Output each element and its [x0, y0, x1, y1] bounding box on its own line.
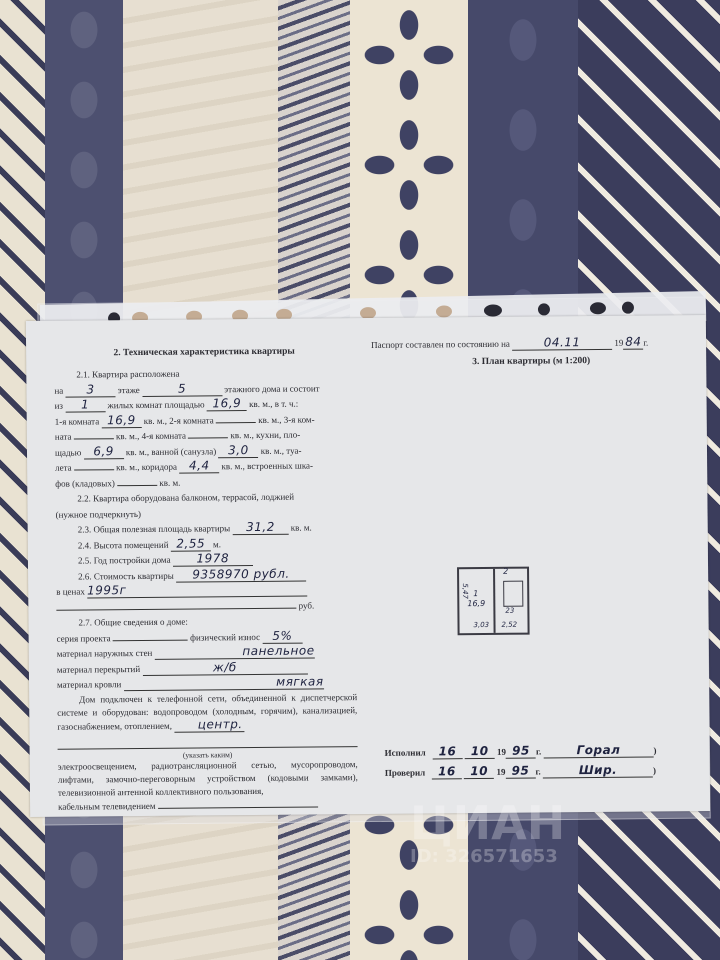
plan-bathroom [503, 581, 523, 607]
blank-line [56, 607, 296, 610]
label: кв. м., в т. ч.: [249, 399, 298, 409]
label: 19 [496, 767, 505, 777]
right-column: Паспорт составлен по состоянию на 04.11 … [371, 335, 691, 376]
signatures: Исполнил 16 10 1995г. Горал) Проверил 16… [385, 740, 657, 782]
build-year-value: 1978 [173, 552, 253, 567]
label: фов (кладовых) [55, 478, 115, 489]
passport-date-line: Паспорт составлен по состоянию на 04.11 … [371, 335, 691, 353]
cable-value [158, 806, 318, 808]
s2-7-connections: Дом подключен к телефонной сети, объедин… [57, 691, 357, 734]
label: щадью [55, 447, 81, 457]
floors-total-value: 5 [142, 382, 222, 397]
floor-value: 3 [65, 383, 115, 397]
label: 19 [614, 338, 623, 348]
label: г. [643, 338, 648, 348]
label: этаже [118, 384, 140, 394]
room3-value [74, 438, 114, 439]
height-value: 2,55 [171, 537, 211, 551]
passport-year-value: 84 [623, 336, 643, 350]
label: материал наружных стен [57, 648, 153, 659]
watermark-brand: ЦИАН [410, 800, 565, 846]
plan-height: 5,47 [461, 583, 469, 599]
floor-plan: 1 16,9 5,47 2 23 3,03 2,52 [457, 567, 530, 636]
label: г. [536, 746, 541, 756]
label: кабельным телевидением [58, 800, 156, 811]
label: жилых комнат площадью [107, 399, 204, 410]
blank-line [57, 733, 357, 750]
s2-7-walls: материал наружных стен панельное [57, 644, 357, 662]
punch-hole [538, 303, 550, 315]
label: 1-я комната [55, 416, 100, 426]
technical-passport-page: 2. Техническая характеристика квартиры 2… [26, 315, 710, 817]
label: кв. м., 2-я комната [144, 415, 214, 426]
label: 2.4. Высота помещений [78, 539, 169, 550]
label: из [55, 401, 63, 411]
total-area-value: 31,2 [232, 521, 288, 535]
corridor-value: 4,4 [179, 459, 219, 473]
signature-day: 16 [432, 765, 462, 779]
label: кв. м., кухни, пло- [230, 430, 300, 441]
s2-1-line-room1: 1-я комната 16,9 кв. м., 2-я комната кв.… [55, 412, 355, 430]
s2-7-utilities: электроосвещением, радиотрансляционной с… [58, 758, 358, 800]
label: материал перекрытий [57, 663, 140, 674]
punch-hole [622, 302, 634, 314]
living-area-value: 16,9 [207, 397, 247, 411]
label: 2.5. Год постройки дома [78, 555, 171, 566]
plan-width-right: 2,52 [501, 621, 517, 629]
label: Паспорт составлен по состоянию на [371, 339, 510, 350]
plan-room-number: 1 [473, 589, 478, 598]
signature-month: 10 [465, 745, 495, 759]
label: кв. м., 4-я комната [116, 431, 186, 442]
plan-room-area: 16,9 [467, 599, 485, 608]
plan-wall [493, 569, 496, 633]
label: лета [55, 463, 72, 473]
label: физический износ [190, 631, 260, 642]
label: материал кровли [57, 679, 121, 690]
signature-year: 95 [505, 765, 535, 779]
label: кв. м., 3-я ком- [258, 414, 314, 424]
plan-bath-label: 23 [505, 607, 514, 615]
floors-material-value: ж/б [142, 660, 307, 675]
signature: Горал [543, 744, 653, 759]
bathroom-value: 3,0 [218, 443, 258, 457]
roof-value: мягкая [123, 675, 323, 691]
s2-6-rub-line: руб. [56, 598, 356, 616]
toilet-value [74, 469, 114, 470]
label: кв. м., коридора [116, 462, 177, 473]
kitchen-value: 6,9 [84, 445, 124, 459]
label: ната [55, 432, 72, 442]
s2-1-line-floor: на 3 этаже 5 этажного дома и состоит [54, 381, 354, 399]
closets-value [117, 484, 157, 485]
signature-row: Исполнил 16 10 1995г. Горал) [385, 740, 657, 762]
label: м. [213, 539, 221, 549]
watermark-id: ID: 326571653 [410, 846, 565, 867]
label: этажного дома и состоит [224, 383, 319, 394]
signature-role: Исполнил [385, 748, 426, 758]
label: руб. [299, 600, 315, 610]
section-2: 2. Техническая характеристика квартиры 2… [54, 346, 358, 815]
signature-day: 16 [432, 745, 462, 759]
signature-role: Проверил [385, 768, 425, 778]
signature: Шир. [543, 764, 653, 779]
label: кв. м. [291, 522, 312, 532]
label: на [54, 385, 63, 395]
punch-hole [484, 304, 502, 316]
signature-year: 95 [506, 745, 536, 759]
watermark: ЦИАН ID: 326571653 [410, 800, 565, 867]
s2-3-total-area: 2.3. Общая полезная площадь квартиры 31,… [56, 520, 356, 538]
section-3-title: 3. План квартиры (м 1:200) [371, 355, 691, 368]
room4-value [188, 437, 228, 438]
plan-width-left: 3,03 [473, 621, 489, 629]
plan-kitchen-number: 2 [503, 567, 508, 576]
room1-value: 16,9 [101, 413, 141, 427]
walls-value: панельное [155, 644, 315, 659]
room2-value [216, 421, 256, 422]
punch-hole [436, 305, 452, 317]
label: серия проекта [57, 633, 111, 643]
series-value [113, 639, 188, 641]
label: в ценах [56, 586, 85, 596]
s2-7-cable: кабельным телевидением [58, 797, 358, 815]
label: г. [535, 767, 540, 777]
signature-row: Проверил 16 10 1995г. Шир.) [385, 760, 657, 782]
rooms-value: 1 [65, 398, 105, 412]
label: 2.6. Стоимость квартиры [78, 570, 174, 581]
label: 2.3. Общая полезная площадь квартиры [78, 523, 231, 534]
punch-hole [590, 302, 606, 314]
prices-year-value: 1995г [87, 583, 307, 599]
label: 19 [497, 747, 506, 757]
label: кв. м., ванной (санузла) [126, 446, 216, 457]
label: кв. м., встроенных шка- [221, 460, 313, 471]
cost-value: 9358970 рубл. [176, 567, 306, 582]
label: кв. м., туа- [261, 445, 302, 455]
s2-1-line-corridor: лета кв. м., коридора 4,4 кв. м., встрое… [55, 458, 355, 476]
section-2-title: 2. Техническая характеристика квартиры [54, 346, 354, 359]
passport-date-value: 04.11 [512, 336, 612, 351]
wear-value: 5% [262, 629, 302, 643]
signature-month: 10 [464, 765, 494, 779]
heating-value: центр. [174, 718, 244, 733]
label: кв. м. [159, 477, 180, 487]
